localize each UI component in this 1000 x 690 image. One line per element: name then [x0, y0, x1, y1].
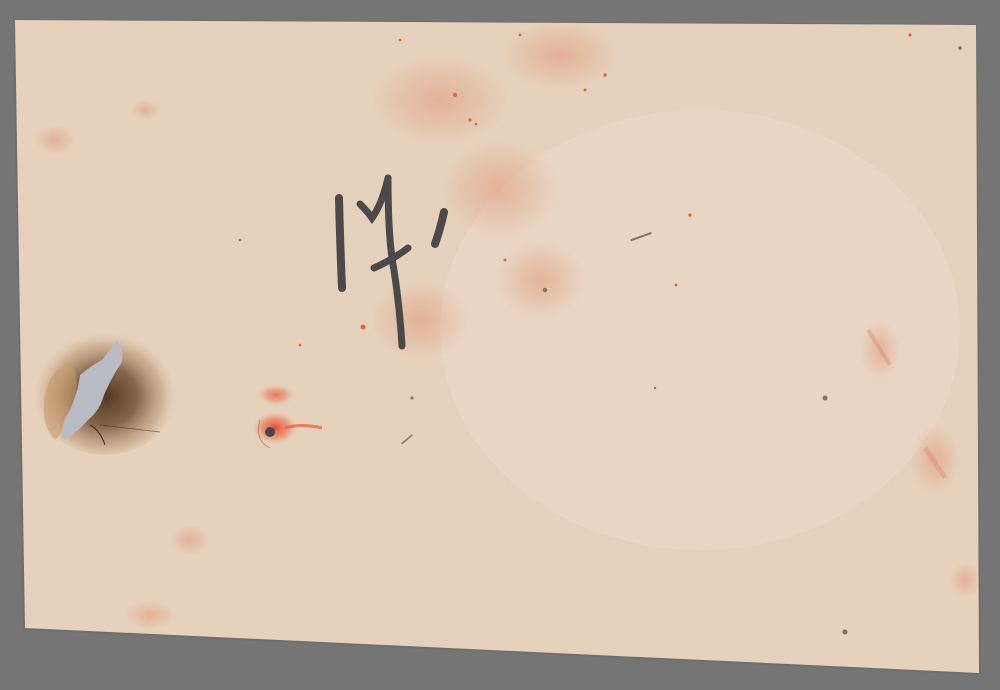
burn-hole [33, 325, 177, 455]
photo-scene: 17' [0, 0, 1000, 690]
paper-card [0, 0, 1000, 690]
